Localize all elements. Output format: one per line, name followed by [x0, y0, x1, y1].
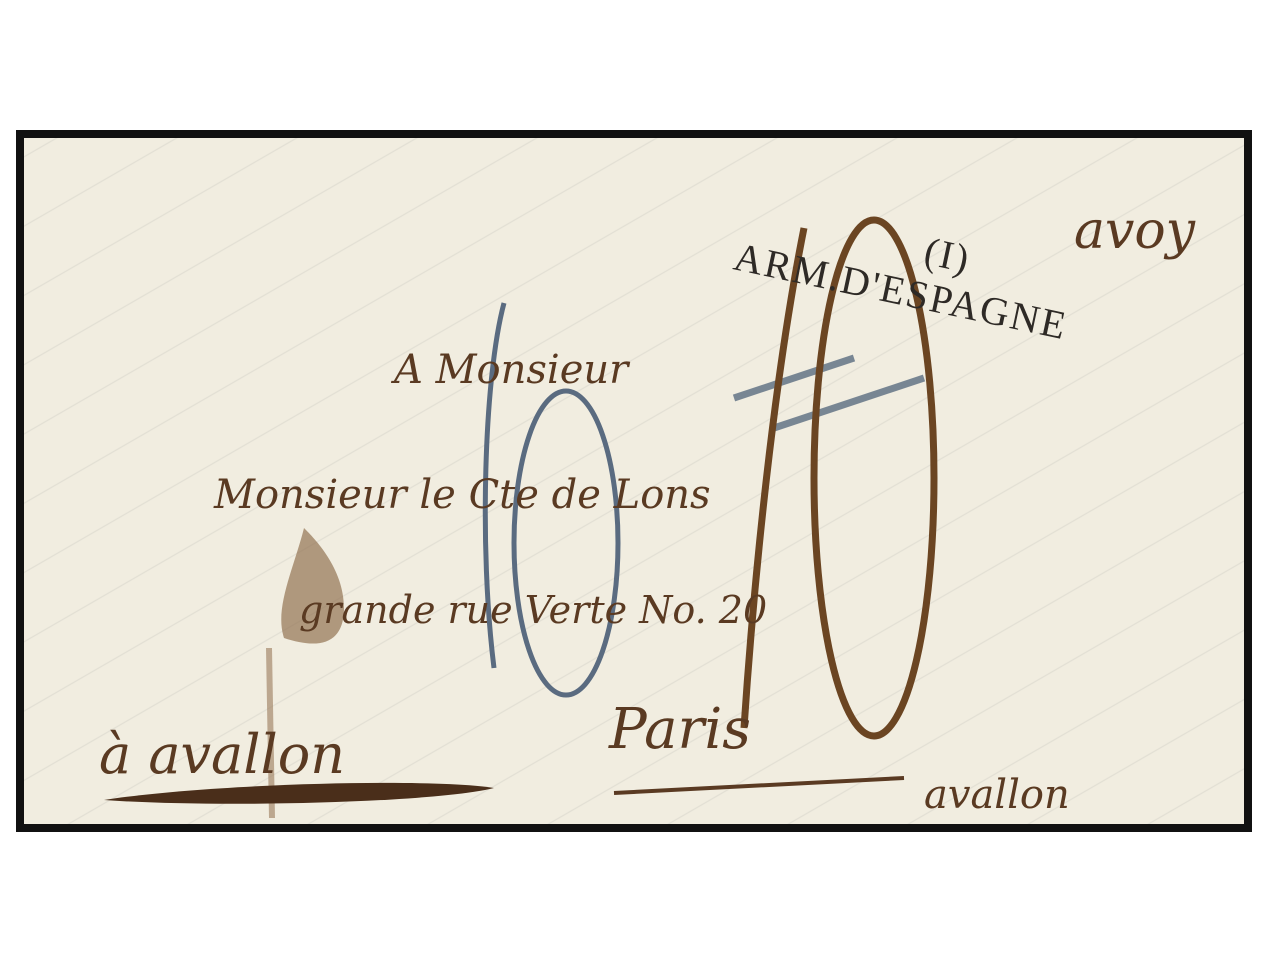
- cover-artwork: (I) ARM.D'ESPAGNE avoy A Monsieur Monsie…: [14, 128, 1254, 834]
- manuscript-annotation: avoy: [1074, 201, 1196, 261]
- address-line2: Monsieur le Cte de Lons: [213, 472, 711, 518]
- address-line1: A Monsieur: [390, 347, 631, 393]
- letter-cover: (I) ARM.D'ESPAGNE avoy A Monsieur Monsie…: [14, 128, 1254, 834]
- address-city: Paris: [608, 697, 751, 762]
- address-line3: grande rue Verte No. 20: [299, 588, 767, 632]
- address-destination: à avallon: [99, 723, 345, 786]
- address-footer: avallon: [924, 772, 1070, 818]
